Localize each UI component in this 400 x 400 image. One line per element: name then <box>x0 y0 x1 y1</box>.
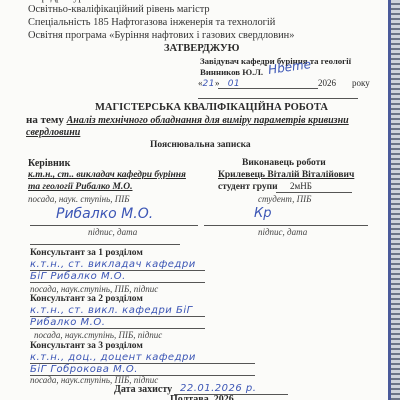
department-line: Кафедра буріння та геології <box>28 0 151 3</box>
approval-day: 21 <box>203 79 215 89</box>
approval-underline <box>198 98 358 99</box>
quote-close: » <box>215 78 220 88</box>
consultant-1-heading: Консультант за 1 розділом <box>30 248 143 258</box>
defense-date-label: Дата захисту <box>114 384 172 395</box>
consultant-2-underline2 <box>30 328 205 329</box>
supervisor-sign-caption: підпис, дата <box>88 227 137 237</box>
document-subtitle: Пояснювальна записка <box>150 140 251 150</box>
consultant-2-line2: Рибалко М.О. <box>30 317 105 328</box>
binding-cover-line <box>388 0 391 400</box>
student-group-line <box>276 192 352 193</box>
student-sign-caption: підпис, дата <box>258 227 307 237</box>
topic-prefix: на тему <box>26 114 64 126</box>
approval-title: ЗАТВЕРДЖУЮ <box>164 43 240 54</box>
student-signature-line <box>204 225 368 226</box>
supervisor-line1: к.т.н., ст.. викладач кафедри буріння <box>28 170 186 180</box>
specialty-line: Спеціальність 185 Нафтогазова інженерія … <box>28 17 275 28</box>
binding-edge <box>390 0 400 400</box>
student-signature: Кр <box>254 206 271 221</box>
separator-line <box>30 244 180 245</box>
consultant-1-caption: посада, наук.ступінь, ПІБ, підпис <box>30 284 158 294</box>
approval-year: 2026 <box>318 78 336 88</box>
supervisor-line2: та геології Рибалко М.О. <box>28 182 133 192</box>
approval-name: Винников Ю.Л. <box>200 67 263 77</box>
supervisor-heading: Керівник <box>28 158 70 169</box>
student-group: 2мНБ <box>290 181 312 191</box>
consultant-3-heading: Консультант за 3 розділом <box>30 341 143 351</box>
student-group-label: студент групи <box>218 182 278 192</box>
topic-text-1: Аналіз технічного обладнання для виміру … <box>67 115 349 126</box>
program-line: Освітня програма «Буріння нафтових і газ… <box>28 30 294 41</box>
consultant-3-line2: БіГ Гоброкова М.О. <box>30 364 138 375</box>
qualification-level-line: Освітньо-кваліфікаційний рівень магістр <box>28 4 210 15</box>
city-year: Полтава, 2026 <box>170 394 234 400</box>
supervisor-caption: посада, наук. ступінь, ПІБ <box>28 194 130 204</box>
document-page: Кафедра буріння та геології Освітньо-ква… <box>0 0 400 400</box>
approval-year-suffix: року <box>352 78 370 88</box>
supervisor-signature-line <box>30 225 198 226</box>
topic-text-2: свердловини <box>26 127 80 138</box>
consultant-2-heading: Консультант за 2 розділом <box>30 294 143 304</box>
student-caption: студент, ПІБ <box>258 194 311 204</box>
topic-line: на тему Аналіз технічного обладнання для… <box>26 114 349 126</box>
student-name: Крилевець Віталій Віталійович <box>218 170 354 180</box>
defense-date-value: 22.01.2026 р. <box>180 383 256 394</box>
consultant-1-line1: к.т.н., ст. викладач кафедри <box>30 259 196 270</box>
supervisor-signature: Рибалко М.О. <box>56 206 153 222</box>
approval-date-line <box>218 88 318 89</box>
work-title: МАГІСТЕРСЬКА КВАЛІФІКАЦІЙНА РОБОТА <box>95 102 328 113</box>
student-heading: Виконавець роботи <box>242 158 326 168</box>
consultant-1-underline2 <box>30 282 205 283</box>
consultant-1-line2: БіГ Рибалко М.О. <box>30 271 126 282</box>
consultant-2-line1: к.т.н., ст. викл. кафедри БіГ <box>30 305 193 316</box>
consultant-3-line1: к.т.н., доц., доцент кафедри <box>30 352 196 363</box>
consultant-2-caption: посада, наук.ступінь, ПІБ, підпис <box>34 330 162 340</box>
